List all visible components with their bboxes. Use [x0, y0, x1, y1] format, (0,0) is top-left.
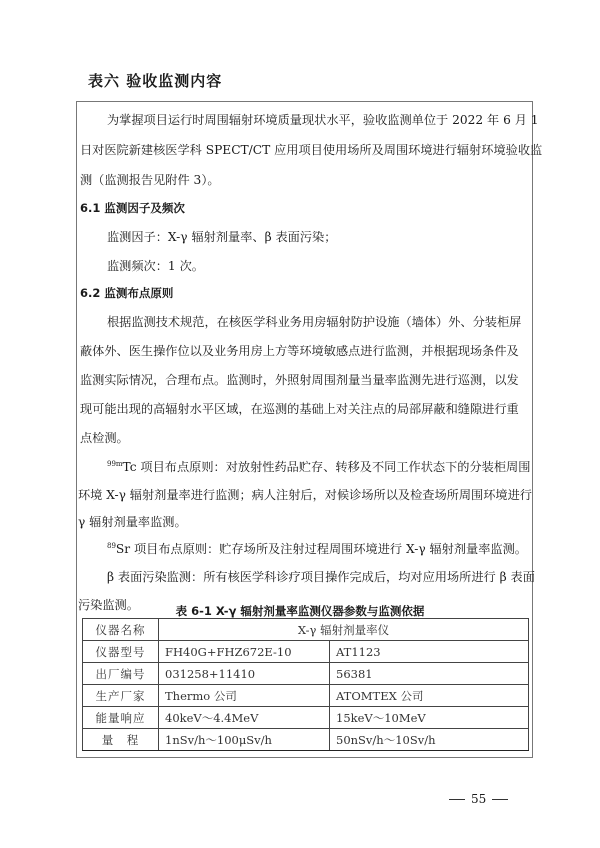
beta-line-1: β 表面污染监测：所有核医学科诊疗项目操作完成后，均对应用场所进行 β 表面	[107, 570, 535, 585]
cell-instrument-2: 50nSv/h～10Sv/h	[330, 729, 529, 751]
row-label: 仪器型号	[83, 641, 159, 663]
s62-p1-line-2: 蔽体外、医生操作位以及业务用房上方等环境敏感点进行监测，并根据现场条件及	[80, 344, 519, 359]
table-row: 出厂编号 031258+11410 56381	[83, 663, 529, 685]
section-title: 表六 验收监测内容	[88, 70, 222, 91]
dash-left	[449, 799, 465, 800]
table-caption: 表 6-1 X-γ 辐射剂量率监测仪器参数与监测依据	[0, 603, 600, 619]
table-row: 仪器型号 FH40G+FHZ672E-10 AT1123	[83, 641, 529, 663]
monitoring-frequency: 监测频次：1 次。	[107, 259, 204, 274]
table-row: 能量响应 40keV～4.4MeV 15keV～10MeV	[83, 707, 529, 729]
row-label: 仪器名称	[83, 619, 159, 641]
row-label: 出厂编号	[83, 663, 159, 685]
heading-6-1: 6.1 监测因子及频次	[80, 201, 185, 216]
instrument-name: X-γ 辐射剂量率仪	[159, 619, 529, 641]
table-row: 仪器名称 X-γ 辐射剂量率仪	[83, 619, 529, 641]
cell-instrument-1: 1nSv/h～100μSv/h	[159, 729, 330, 751]
sr-principle-text: Sr 项目布点原则：贮存场所及注射过程周围环境进行 X-γ 辐射剂量率监测。	[116, 542, 527, 556]
sr-mass-number: 89	[107, 542, 116, 550]
intro-line-3: 测（监测报告见附件 3）。	[80, 173, 220, 188]
table-row: 生产厂家 Thermo 公司 ATOMTEX 公司	[83, 685, 529, 707]
intro-line-1: 为掌握项目运行时周围辐射环境质量现状水平，验收监测单位于 2022 年 6 月 …	[107, 113, 539, 128]
dash-right	[492, 799, 508, 800]
tc-principle-line-1: 99mTc 项目布点原则：对放射性药品贮存、转移及不同工作状态下的分装柜周围	[107, 460, 530, 475]
row-label: 量 程	[83, 729, 159, 751]
cell-instrument-1: FH40G+FHZ672E-10	[159, 641, 330, 663]
tc-principle-line-2: 环境 X-γ 辐射剂量率进行监测；病人注射后，对候诊场所以及检查场所周围环境进行	[78, 488, 532, 503]
s62-p1-line-3: 监测实际情况，合理布点。监测时，外照射周围剂量当量率监测先进行巡测，以发	[80, 373, 519, 388]
cell-instrument-2: AT1123	[330, 641, 529, 663]
s62-p1-line-4: 现可能出现的高辐射水平区域，在巡测的基础上对关注点的局部屏蔽和缝隙进行重	[80, 402, 519, 417]
intro-line-2: 日对医院新建核医学科 SPECT/CT 应用项目使用场所及周围环境进行辐射环境验…	[80, 143, 542, 158]
page-number-value: 55	[471, 792, 486, 806]
row-label: 能量响应	[83, 707, 159, 729]
row-label: 生产厂家	[83, 685, 159, 707]
s62-p1-line-1: 根据监测技术规范，在核医学科业务用房辐射防护设施（墙体）外、分装柜屏	[107, 315, 521, 330]
sr-principle: 89Sr 项目布点原则：贮存场所及注射过程周围环境进行 X-γ 辐射剂量率监测。	[107, 542, 527, 557]
cell-instrument-2: 56381	[330, 663, 529, 685]
s62-p1-line-5: 点检测。	[80, 431, 129, 446]
cell-instrument-2: ATOMTEX 公司	[330, 685, 529, 707]
cell-instrument-1: Thermo 公司	[159, 685, 330, 707]
monitoring-factors: 监测因子：X-γ 辐射剂量率、β 表面污染；	[107, 230, 336, 245]
tc-mass-number: 99m	[107, 460, 123, 468]
page-number: 55	[443, 792, 514, 806]
tc-principle-line-3: γ 辐射剂量率监测。	[78, 515, 187, 530]
tc-principle-text: Tc 项目布点原则：对放射性药品贮存、转移及不同工作状态下的分装柜周围	[123, 460, 531, 474]
cell-instrument-1: 031258+11410	[159, 663, 330, 685]
cell-instrument-1: 40keV～4.4MeV	[159, 707, 330, 729]
table-row: 量 程 1nSv/h～100μSv/h 50nSv/h～10Sv/h	[83, 729, 529, 751]
cell-instrument-2: 15keV～10MeV	[330, 707, 529, 729]
instrument-spec-table: 仪器名称 X-γ 辐射剂量率仪 仪器型号 FH40G+FHZ672E-10 AT…	[82, 618, 529, 751]
heading-6-2: 6.2 监测布点原则	[80, 286, 173, 301]
